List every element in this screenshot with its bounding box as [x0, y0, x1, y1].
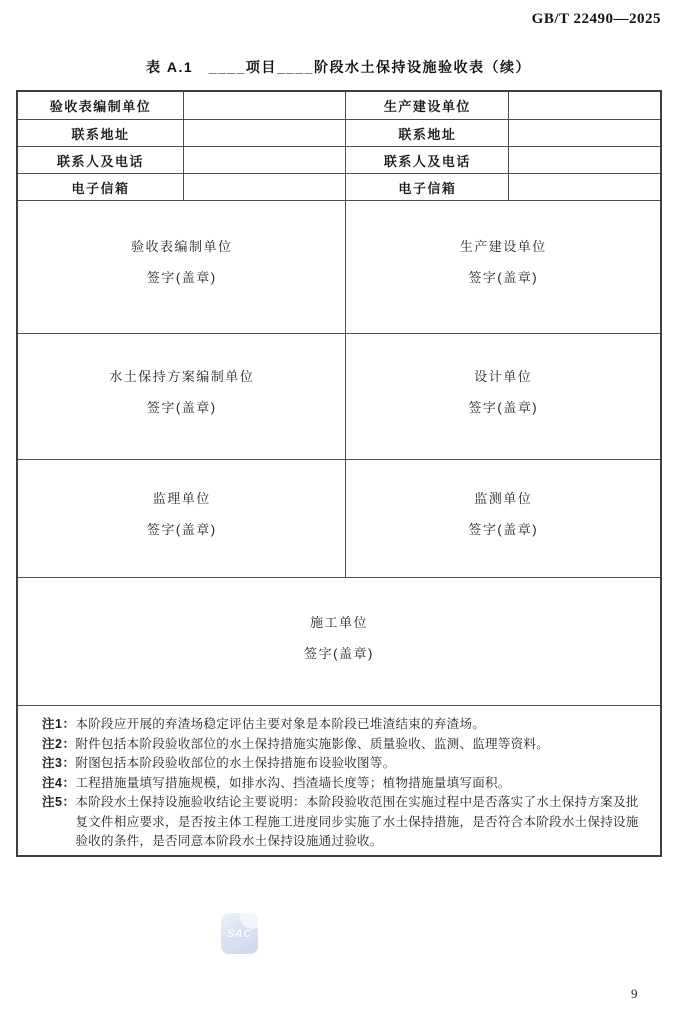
- contact-label-right: 生产建设单位: [345, 92, 508, 119]
- contact-value-cell: [508, 119, 660, 146]
- contact-label-left: 电子信箱: [18, 173, 183, 200]
- signature-cell-monitoring-unit: 监测单位 签字(盖章): [345, 460, 660, 577]
- sign-seal-label: 签字(盖章): [147, 519, 217, 538]
- signature-row: 监理单位 签字(盖章) 监测单位 签字(盖章): [18, 459, 660, 577]
- standard-code: GB/T 22490—2025: [532, 11, 661, 28]
- note-item: 注1： 本阶段应开展的弃渣场稳定评估主要对象是本阶段已堆渣结束的弃渣场。: [42, 715, 646, 735]
- sac-watermark-logo: SAC: [221, 913, 258, 954]
- signature-cell-design-unit: 设计单位 签字(盖章): [345, 334, 660, 459]
- unit-name: 监理单位: [153, 488, 211, 507]
- signature-row: 水土保持方案编制单位 签字(盖章) 设计单位 签字(盖章): [18, 333, 660, 459]
- contact-label-left: 验收表编制单位: [18, 92, 183, 119]
- contact-value-cell: [183, 173, 345, 200]
- note-label: 注1：: [42, 715, 75, 735]
- sign-seal-label: 签字(盖章): [468, 519, 538, 538]
- unit-name: 施工单位: [310, 612, 368, 631]
- note-item: 注3： 附图包括本阶段验收部位的水土保持措施布设验收图等。: [42, 754, 646, 774]
- note-label: 注2：: [42, 735, 75, 755]
- note-label: 注5：: [42, 793, 75, 852]
- note-item: 注5： 本阶段水土保持设施验收结论主要说明：本阶段验收范围在实施过程中是否落实了…: [42, 793, 646, 852]
- contact-label-left: 联系人及电话: [18, 146, 183, 173]
- unit-name: 验收表编制单位: [131, 236, 233, 255]
- signature-cell-construction-contractor: 施工单位 签字(盖章): [18, 577, 660, 705]
- unit-name: 设计单位: [474, 366, 532, 385]
- sign-seal-label: 签字(盖章): [147, 267, 217, 286]
- contact-label-left: 联系地址: [18, 119, 183, 146]
- contact-label-right: 电子信箱: [345, 173, 508, 200]
- unit-name: 监测单位: [474, 488, 532, 507]
- contact-label-right: 联系人及电话: [345, 146, 508, 173]
- contact-value-cell: [508, 92, 660, 119]
- page-number: 9: [631, 986, 638, 1002]
- contact-info-section: 验收表编制单位 生产建设单位 联系地址 联系地址 联系人及电话 联系人及电话 电…: [18, 92, 660, 200]
- signature-cell-plan-compiler: 水土保持方案编制单位 签字(盖章): [18, 334, 345, 459]
- signature-row: 验收表编制单位 签字(盖章) 生产建设单位 签字(盖章): [18, 200, 660, 333]
- contact-value-cell: [508, 173, 660, 200]
- contact-value-cell: [183, 146, 345, 173]
- note-text: 附件包括本阶段验收部位的水土保持措施实施影像、质量验收、监测、监理等资料。: [75, 735, 646, 755]
- note-label: 注4：: [42, 774, 75, 794]
- note-text: 本阶段水土保持设施验收结论主要说明：本阶段验收范围在实施过程中是否落实了水土保持…: [75, 793, 646, 852]
- table-title: 表 A.1 ____项目____阶段水土保持设施验收表（续）: [0, 57, 677, 77]
- signature-cell-supervision-unit: 监理单位 签字(盖章): [18, 460, 345, 577]
- acceptance-table: 验收表编制单位 生产建设单位 联系地址 联系地址 联系人及电话 联系人及电话 电…: [16, 90, 662, 857]
- sign-seal-label: 签字(盖章): [147, 397, 217, 416]
- notes-section: 注1： 本阶段应开展的弃渣场稳定评估主要对象是本阶段已堆渣结束的弃渣场。 注2：…: [18, 705, 660, 855]
- sign-seal-label: 签字(盖章): [468, 397, 538, 416]
- signature-cell-construction-owner: 生产建设单位 签字(盖章): [345, 201, 660, 333]
- sign-seal-label: 签字(盖章): [304, 643, 374, 662]
- contact-value-cell: [508, 146, 660, 173]
- document-page: GB/T 22490—2025 表 A.1 ____项目____阶段水土保持设施…: [0, 0, 677, 1024]
- note-text: 工程措施量填写措施规模，如排水沟、挡渣墙长度等；植物措施量填写面积。: [75, 774, 646, 794]
- note-item: 注2： 附件包括本阶段验收部位的水土保持措施实施影像、质量验收、监测、监理等资料…: [42, 735, 646, 755]
- contact-value-cell: [183, 92, 345, 119]
- contact-value-cell: [183, 119, 345, 146]
- sac-logo-text: SAC: [226, 928, 252, 940]
- unit-name: 生产建设单位: [460, 236, 547, 255]
- sign-seal-label: 签字(盖章): [468, 267, 538, 286]
- unit-name: 水土保持方案编制单位: [109, 366, 254, 385]
- note-text: 附图包括本阶段验收部位的水土保持措施布设验收图等。: [75, 754, 646, 774]
- note-item: 注4： 工程措施量填写措施规模，如排水沟、挡渣墙长度等；植物措施量填写面积。: [42, 774, 646, 794]
- signature-cell-compiler: 验收表编制单位 签字(盖章): [18, 201, 345, 333]
- note-label: 注3：: [42, 754, 75, 774]
- contact-label-right: 联系地址: [345, 119, 508, 146]
- note-text: 本阶段应开展的弃渣场稳定评估主要对象是本阶段已堆渣结束的弃渣场。: [75, 715, 646, 735]
